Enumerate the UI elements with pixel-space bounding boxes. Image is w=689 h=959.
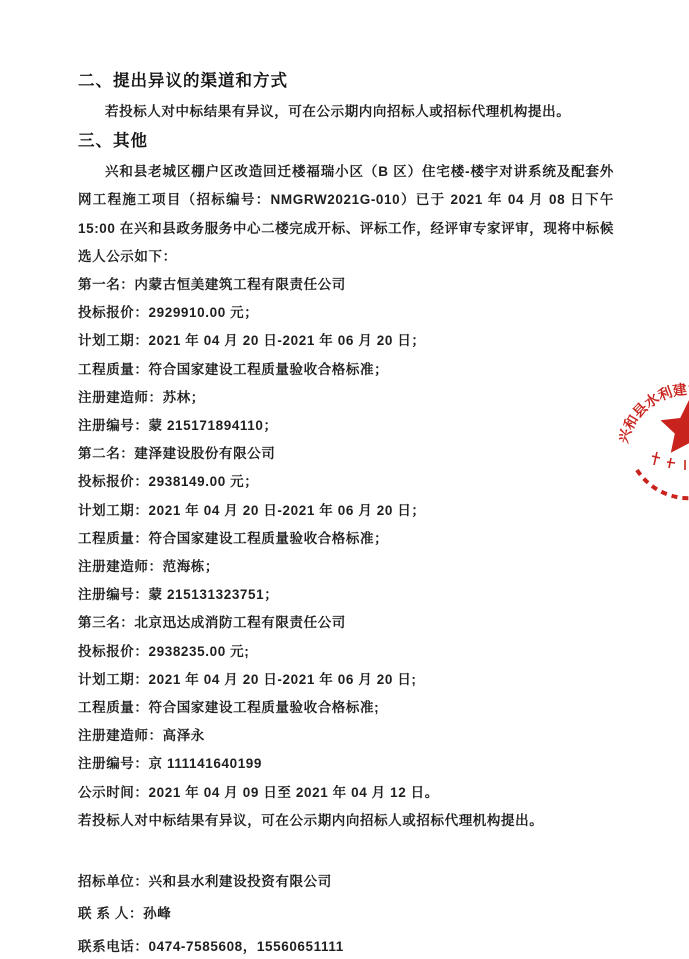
section-other-heading: 三、其他 <box>78 126 614 156</box>
candidate-bid-price: 投标报价：2929910.00 元； <box>78 299 614 327</box>
candidate-rank: 第二名：建泽建设股份有限公司 <box>78 440 614 468</box>
publicity-period: 公示时间：2021 年 04 月 09 日至 2021 年 04 月 12 日。 <box>78 779 614 807</box>
candidate-rank: 第三名：北京迅达成消防工程有限责任公司 <box>78 609 614 637</box>
candidate-builder: 注册建造师：范海栋； <box>78 553 614 581</box>
document-page: 二、提出异议的渠道和方式 若投标人对中标结果有异议，可在公示期内向招标人或招标代… <box>0 0 689 959</box>
candidate-reg-no: 注册编号：蒙 215131323751； <box>78 581 614 609</box>
candidate-quality: 工程质量：符合国家建设工程质量验收合格标准； <box>78 356 614 384</box>
candidate-quality: 工程质量：符合国家建设工程质量验收合格标准; <box>78 694 614 722</box>
spacer <box>78 835 614 866</box>
tenderer-line: 招标单位：兴和县水利建设投资有限公司 <box>78 866 614 898</box>
section-objection-paragraph: 若投标人对中标结果有异议，可在公示期内向招标人或招标代理机构提出。 <box>78 98 614 126</box>
official-seal-stamp: 兴和县水利建设投资有限公司 <box>619 352 689 502</box>
candidate-rank: 第一名：内蒙古恒美建筑工程有限责任公司 <box>78 271 614 299</box>
section-objection-heading: 二、提出异议的渠道和方式 <box>78 66 614 96</box>
candidate-block-3: 第三名：北京迅达成消防工程有限责任公司 投标报价：2938235.00 元; 计… <box>78 609 614 778</box>
candidate-block-1: 第一名：内蒙古恒美建筑工程有限责任公司 投标报价：2929910.00 元； 计… <box>78 271 614 440</box>
seal-lower-arc <box>637 470 689 498</box>
candidate-schedule: 计划工期：2021 年 04 月 20 日-2021 年 06 月 20 日； <box>78 327 614 355</box>
objection-note: 若投标人对中标结果有异议，可在公示期内向招标人或招标代理机构提出。 <box>78 807 614 835</box>
section-other-paragraph: 兴和县老城区棚户区改造回迁楼福瑞小区（B 区）住宅楼-楼宇对讲系统及配套外网工程… <box>78 158 614 271</box>
contact-person-line: 联 系 人：孙峰 <box>78 898 614 930</box>
seal-ring-text: 兴和县水利建设投资有限公司 <box>619 352 689 445</box>
candidate-bid-price: 投标报价：2938149.00 元； <box>78 468 614 496</box>
candidate-bid-price: 投标报价：2938235.00 元; <box>78 638 614 666</box>
candidate-reg-no: 注册编号：蒙 215171894110； <box>78 412 614 440</box>
candidate-builder: 注册建造师：高泽永 <box>78 722 614 750</box>
star-icon <box>661 400 689 453</box>
seal-graphic: 兴和县水利建设投资有限公司 <box>619 352 689 502</box>
contact-phone-line: 联系电话：0474-7585608，15560651111 <box>78 931 614 959</box>
contact-block: 招标单位：兴和县水利建设投资有限公司 联 系 人：孙峰 联系电话：0474-75… <box>78 866 614 959</box>
candidate-schedule: 计划工期：2021 年 04 月 20 日-2021 年 06 月 20 日； <box>78 497 614 525</box>
candidate-reg-no: 注册编号：京 111141640199 <box>78 750 614 778</box>
candidate-block-2: 第二名：建泽建设股份有限公司 投标报价：2938149.00 元； 计划工期：2… <box>78 440 614 609</box>
candidate-schedule: 计划工期：2021 年 04 月 20 日-2021 年 06 月 20 日; <box>78 666 614 694</box>
candidate-quality: 工程质量：符合国家建设工程质量验收合格标准； <box>78 525 614 553</box>
seal-lower-glyph-marks <box>652 452 685 470</box>
document-content: 二、提出异议的渠道和方式 若投标人对中标结果有异议，可在公示期内向招标人或招标代… <box>78 66 614 959</box>
candidate-builder: 注册建造师：苏林； <box>78 384 614 412</box>
